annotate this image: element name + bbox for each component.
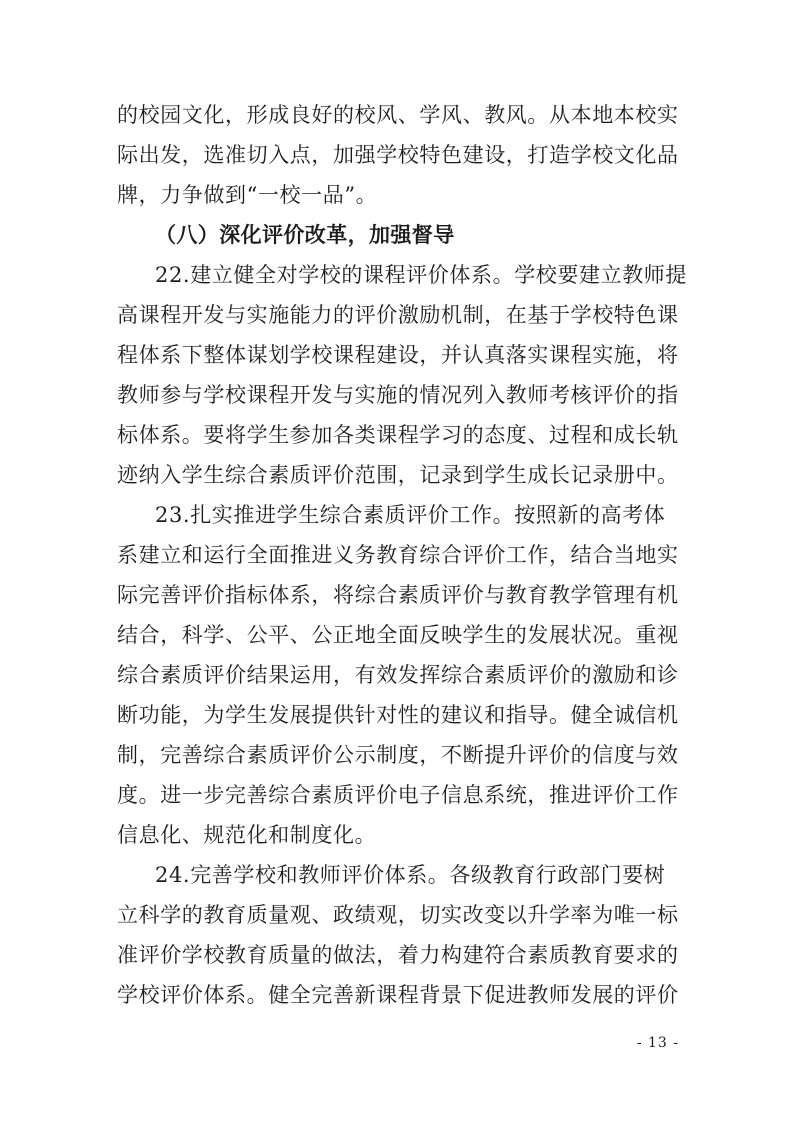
text-line: 程体系下整体谋划学校课程建设，并认真落实课程实施，将 bbox=[117, 335, 679, 375]
text-line: 度。进一步完善综合素质评价电子信息系统，推进评价工作 bbox=[117, 775, 679, 815]
text-line: 断功能，为学生发展提供针对性的建议和指导。健全诚信机 bbox=[117, 695, 679, 735]
text-line: 际完善评价指标体系，将综合素质评价与教育教学管理有机 bbox=[117, 575, 679, 615]
text-line: 结合，科学、公平、公正地全面反映学生的发展状况。重视 bbox=[117, 615, 679, 655]
text-line: 学校评价体系。健全完善新课程背景下促进教师发展的评价 bbox=[117, 975, 679, 1015]
page-number: - 13 - bbox=[117, 1033, 679, 1053]
text-line: 综合素质评价结果运用，有效发挥综合素质评价的激励和诊 bbox=[117, 655, 679, 695]
text-line: 迹纳入学生综合素质评价范围，记录到学生成长记录册中。 bbox=[117, 455, 679, 495]
text-line: 立科学的教育质量观、政绩观，切实改变以升学率为唯一标 bbox=[117, 895, 679, 935]
text-line: 信息化、规范化和制度化。 bbox=[117, 815, 679, 855]
text-line: 际出发，选准切入点，加强学校特色建设，打造学校文化品 bbox=[117, 135, 679, 175]
text-line: 教师参与学校课程开发与实施的情况列入教师考核评价的指 bbox=[117, 375, 679, 415]
section-heading: （八）深化评价改革，加强督导 bbox=[117, 215, 679, 255]
text-line: 系建立和运行全面推进义务教育综合评价工作，结合当地实 bbox=[117, 535, 679, 575]
document-text-block: 的校园文化，形成良好的校风、学风、教风。从本地本校实际出发，选准切入点，加强学校… bbox=[117, 95, 679, 1015]
text-line: 24.完善学校和教师评价体系。各级教育行政部门要树 bbox=[117, 855, 679, 895]
text-line: 牌，力争做到“一校一品”。 bbox=[117, 175, 679, 215]
text-line: 准评价学校教育质量的做法，着力构建符合素质教育要求的 bbox=[117, 935, 679, 975]
text-line: 的校园文化，形成良好的校风、学风、教风。从本地本校实 bbox=[117, 95, 679, 135]
text-line: 23.扎实推进学生综合素质评价工作。按照新的高考体 bbox=[117, 495, 679, 535]
document-page: 的校园文化，形成良好的校风、学风、教风。从本地本校实际出发，选准切入点，加强学校… bbox=[0, 0, 793, 1122]
text-line: 高课程开发与实施能力的评价激励机制，在基于学校特色课 bbox=[117, 295, 679, 335]
text-line: 22.建立健全对学校的课程评价体系。学校要建立教师提 bbox=[117, 255, 679, 295]
text-line: 制，完善综合素质评价公示制度，不断提升评价的信度与效 bbox=[117, 735, 679, 775]
text-line: 标体系。要将学生参加各类课程学习的态度、过程和成长轨 bbox=[117, 415, 679, 455]
